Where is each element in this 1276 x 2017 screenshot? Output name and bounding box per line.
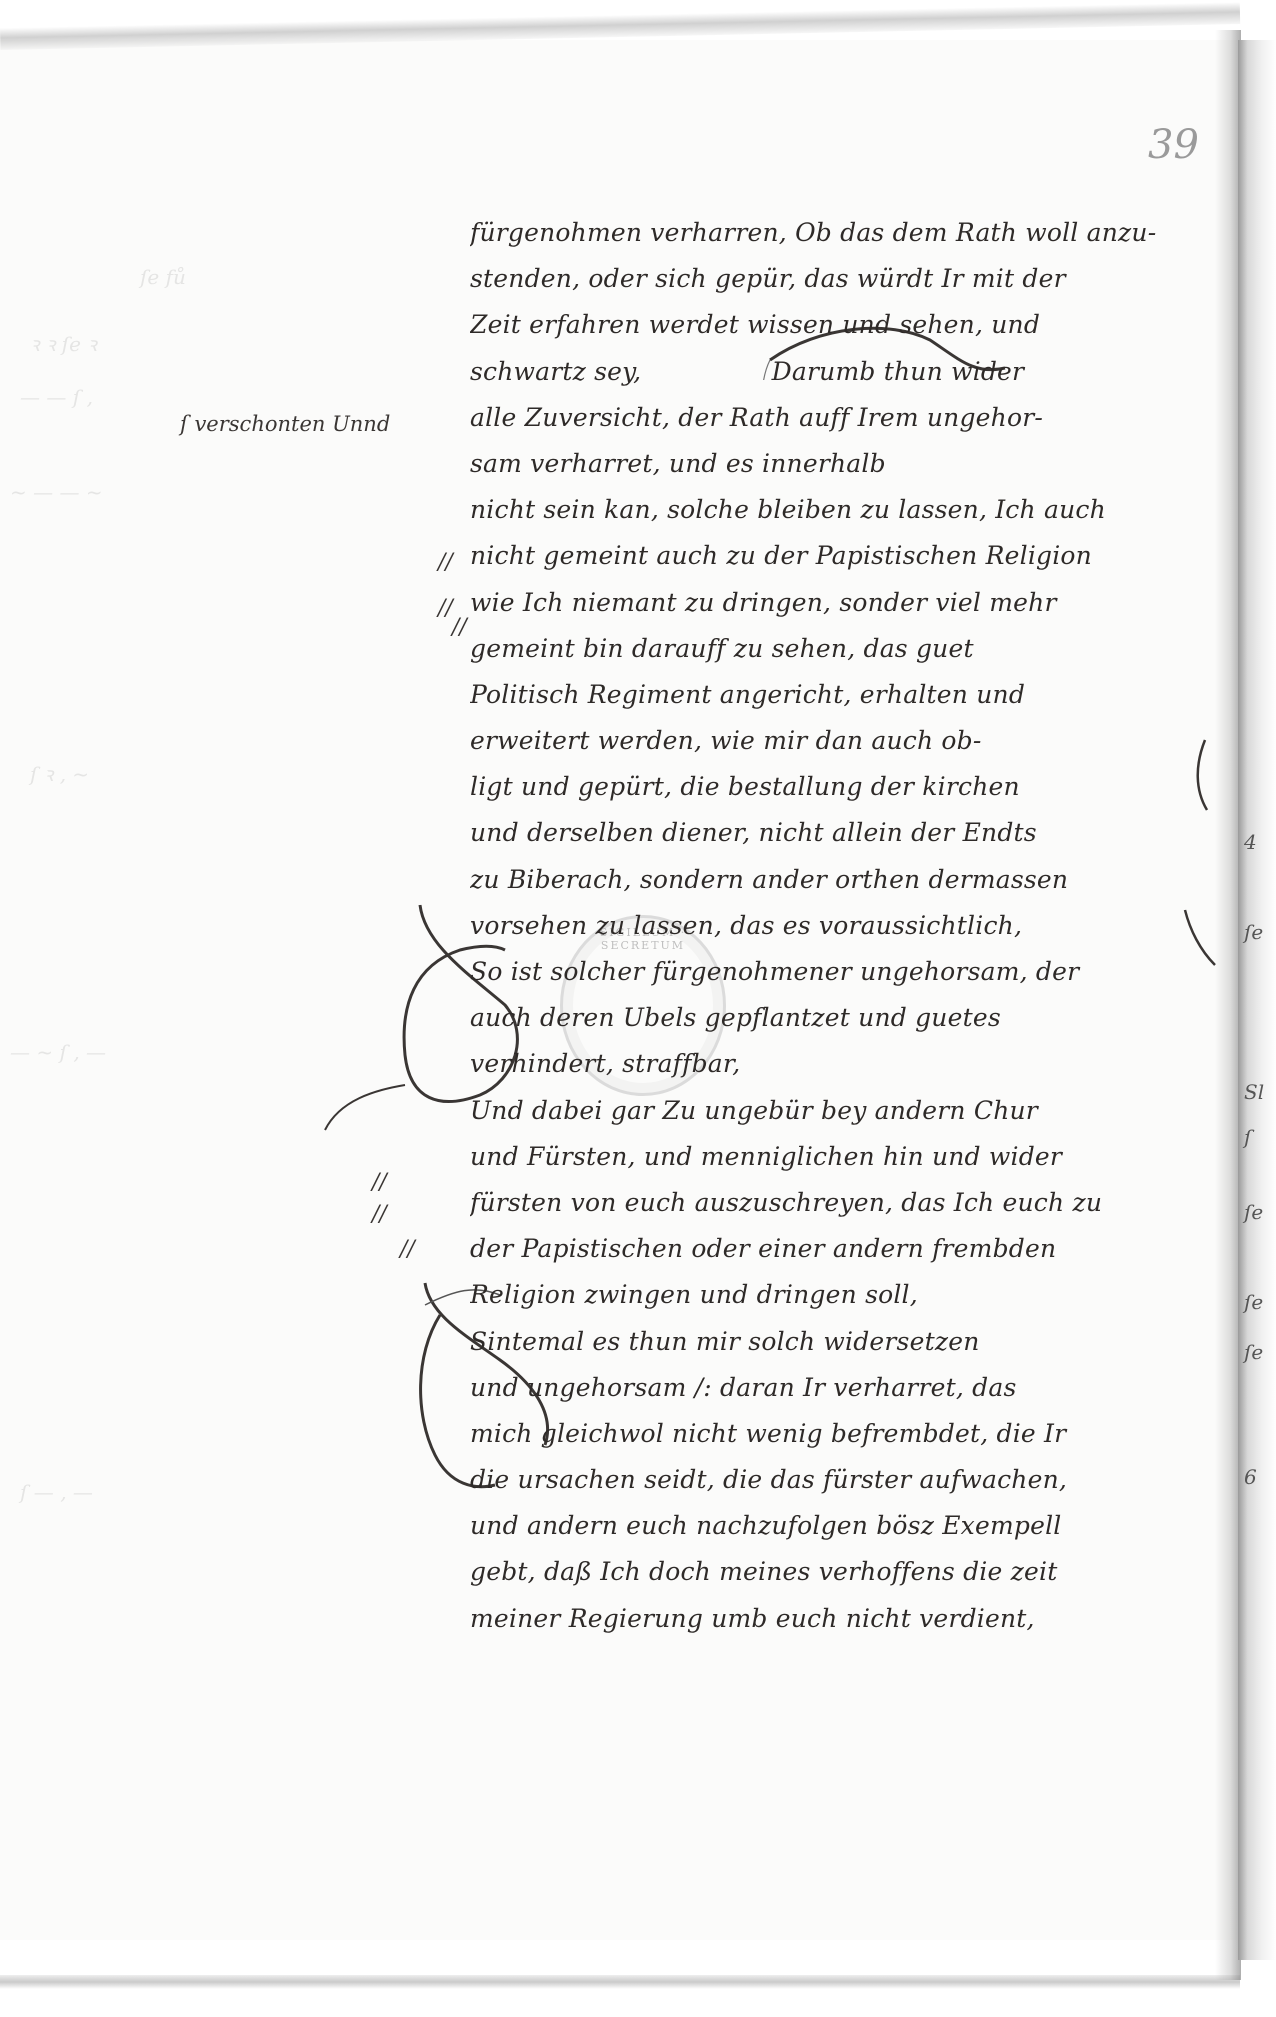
- text-line: fürsten von euch auszuschreyen, das Ich …: [470, 1180, 1240, 1226]
- bleed-through-text: — ~ ſ ‚ —: [10, 1040, 106, 1064]
- margin-mark: //: [452, 615, 467, 640]
- text-line: meiner Regierung umb euch nicht verdient…: [470, 1596, 1240, 1642]
- binding-edge: [1238, 40, 1276, 1960]
- margin-mark: //: [438, 550, 453, 575]
- edge-mark: 4: [1244, 830, 1257, 854]
- text-line: und ungehorsam /: daran Ir verharret, da…: [470, 1365, 1240, 1411]
- text-line: wie Ich niemant zu dringen, sonder viel …: [470, 580, 1240, 626]
- text-line: und derselben diener, nicht allein der E…: [470, 810, 1240, 856]
- text-line: ligt und gepürt, die bestallung der kirc…: [470, 764, 1240, 810]
- bleed-through-text: ſe fů: [140, 265, 186, 289]
- text-line: Und dabei gar Zu ungebür bey andern Chur: [470, 1088, 1240, 1134]
- text-line: erweitert werden, wie mir dan auch ob-: [470, 718, 1240, 764]
- edge-mark: 6: [1244, 1465, 1257, 1489]
- bleed-through-text: ~ — — ~: [10, 480, 103, 504]
- text-line: vorsehen zu lassen, das es voraussichtli…: [470, 903, 1240, 949]
- text-line: stenden, oder sich gepür, das würdt Ir m…: [470, 256, 1240, 302]
- edge-mark: ſe: [1244, 1340, 1263, 1364]
- edge-mark: ſ: [1244, 1125, 1251, 1149]
- bleed-through-text: ſ — ‚ —: [20, 1480, 93, 1504]
- text-line: nicht gemeint auch zu der Papistischen R…: [470, 533, 1240, 579]
- text-line: nicht sein kan, solche bleiben zu lassen…: [470, 487, 1240, 533]
- text-line: schwartz sey, Darumb thun wider: [470, 349, 1240, 395]
- text-line: gebt, daß Ich doch meines verhoffens die…: [470, 1549, 1240, 1595]
- bleed-through-text: ꝛ ꝛ ſe ꝛ: [30, 330, 97, 357]
- text-line: verhindert, straffbar,: [470, 1041, 1240, 1087]
- text-line: die ursachen seidt, die das fürster aufw…: [470, 1457, 1240, 1503]
- bleed-through-text: ſ ꝛ ‚ ~: [30, 760, 89, 787]
- text-line: und andern euch nachzufolgen bösz Exempe…: [470, 1503, 1240, 1549]
- margin-mark: //: [372, 1202, 387, 1227]
- text-line: der Papistischen oder einer andern fremb…: [470, 1226, 1240, 1272]
- text-line: gemeint bin darauff zu sehen, das guet: [470, 626, 1240, 672]
- edge-mark: ſe: [1244, 1200, 1263, 1224]
- text-line: Zeit erfahren werdet wissen und sehen, u…: [470, 302, 1240, 348]
- margin-mark: //: [372, 1170, 387, 1195]
- edge-mark: ſe: [1244, 920, 1263, 944]
- folio-number: 39: [1148, 122, 1199, 168]
- manuscript-body: fürgenohmen verharren, Ob das dem Rath w…: [470, 210, 1240, 1642]
- text-line: alle Zuversicht, der Rath auff Irem unge…: [470, 395, 1240, 441]
- margin-mark: //: [438, 596, 453, 621]
- text-line: mich gleichwol nicht wenig befrembdet, d…: [470, 1411, 1240, 1457]
- margin-mark: //: [400, 1237, 415, 1262]
- text-line: sam verharret, und es innerhalb: [470, 441, 1240, 487]
- text-line: So ist solcher fürgenohmener ungehorsam,…: [470, 949, 1240, 995]
- text-line: und Fürsten, und menniglichen hin und wi…: [470, 1134, 1240, 1180]
- text-line: Sintemal es thun mir solch widersetzen: [470, 1319, 1240, 1365]
- text-line: Religion zwingen und dringen soll,: [470, 1272, 1240, 1318]
- bleed-through-text: — — ſ ‚: [20, 385, 93, 409]
- margin-note: ſ verschonten Unnd: [180, 412, 390, 436]
- text-line: auch deren Ubels gepflantzet und guetes: [470, 995, 1240, 1041]
- edge-mark: ſe: [1244, 1290, 1263, 1314]
- text-line: Politisch Regiment angericht, erhalten u…: [470, 672, 1240, 718]
- edge-mark: Sl: [1244, 1080, 1264, 1104]
- page-bottom-edge: [0, 1975, 1240, 1989]
- text-line: fürgenohmen verharren, Ob das dem Rath w…: [470, 210, 1240, 256]
- text-line: zu Biberach, sondern ander orthen dermas…: [470, 857, 1240, 903]
